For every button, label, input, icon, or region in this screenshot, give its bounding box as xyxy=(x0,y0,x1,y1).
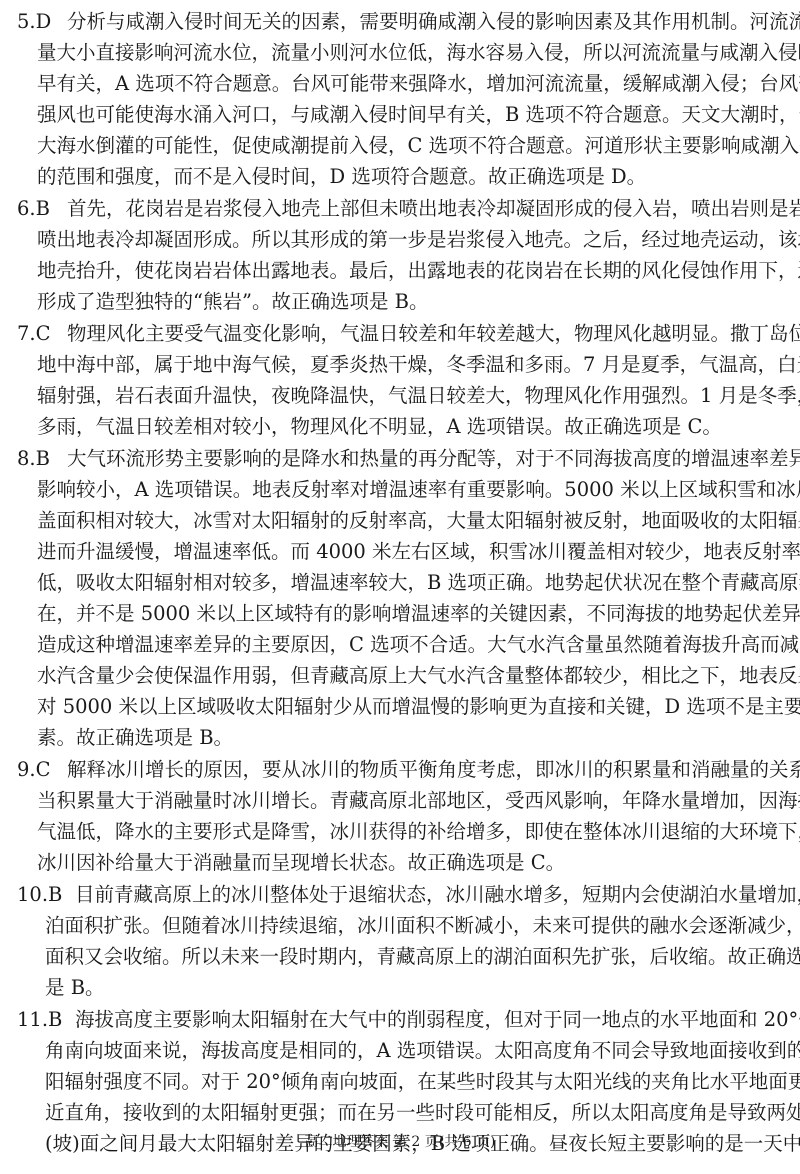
answer-line: 辐射强，岩石表面升温快，夜晚降温快，气温日较差大，物理风化作用强烈。1 月是冬季… xyxy=(37,380,780,411)
answer-line: 泊面积扩张。但随着冰川持续退缩，冰川面积不断减小，未来可提供的融水会逐渐减少，湖… xyxy=(45,910,780,941)
answer-number: 11.B xyxy=(17,1004,75,1035)
answer-line: 盖面积相对较大，冰雪对太阳辐射的反射率高，大量太阳辐射被反射，地面吸收的太阳辐射… xyxy=(37,505,780,536)
answer-line: 的范围和强度，而不是入侵时间，D 选项符合题意。故正确选项是 D。 xyxy=(37,161,780,192)
answer-line: 在，并不是 5000 米以上区域特有的影响增温速率的关键因素，不同海拔的地势起伏… xyxy=(37,598,780,629)
answer-line: 阳辐射强度不同。对于 20°倾角南向坡面，在某些时段其与太阳光线的夹角比水平地面… xyxy=(45,1066,780,1097)
answer-line: 强风也可能使海水涌入河口，与咸潮入侵时间早有关，B 选项不符合题意。天文大潮时，… xyxy=(37,99,780,130)
answer-number: 8.B xyxy=(17,443,67,474)
answer-line: 是 B。 xyxy=(45,972,780,1003)
answer-line: 角南向坡面来说，海拔高度是相同的，A 选项错误。太阳高度角不同会导致地面接收到的… xyxy=(45,1035,780,1066)
answer-number: 9.C xyxy=(17,754,67,785)
answer-line: 8.B大气环流形势主要影响的是降水和热量的再分配等，对于不同海拔高度的增温速率差… xyxy=(17,443,780,474)
answer-line: 当积累量大于消融量时冰川增长。青藏高原北部地区，受西风影响，年降水量增加，因海拔… xyxy=(37,785,780,816)
answer-line: 多雨，气温日较差相对较小，物理风化不明显，A 选项错误。故正确选项是 C。 xyxy=(37,411,780,442)
answer-line: 进而升温缓慢，增温速率低。而 4000 米左右区域，积雪冰川覆盖相对较少，地表反… xyxy=(37,536,780,567)
answer-line: 气温低，降水的主要形式是降雪，冰川获得的补给增多，即使在整体冰川退缩的大环境下，… xyxy=(37,816,780,847)
answer-line: 5.D分析与咸潮入侵时间无关的因素，需要明确咸潮入侵的影响因素及其作用机制。河流… xyxy=(17,6,780,37)
answer-number: 10.B xyxy=(17,879,75,910)
answer-line: 面积又会收缩。所以未来一段时期内，青藏高原上的湖泊面积先扩张，后收缩。故正确选项 xyxy=(45,941,780,972)
answer-number: 5.D xyxy=(17,6,67,37)
answer-line: 7.C物理风化主要受气温变化影响，气温日较差和年较差越大，物理风化越明显。撒丁岛… xyxy=(17,318,780,349)
answer-line: 11.B海拔高度主要影响太阳辐射在大气中的削弱程度，但对于同一地点的水平地面和 … xyxy=(17,1004,780,1035)
answer-line: 造成这种增温速率差异的主要原因，C 选项不合适。大气水汽含量虽然随着海拔升高而减… xyxy=(37,629,780,660)
answer-line: 大海水倒灌的可能性，促使咸潮提前入侵，C 选项不符合题意。河道形状主要影响咸潮入… xyxy=(37,130,780,161)
answer-line: 影响较小，A 选项错误。地表反射率对增温速率有重要影响。5000 米以上区域积雪… xyxy=(37,474,780,505)
answer-line: 6.B首先，花岗岩是岩浆侵入地壳上部但未喷出地表冷却凝固形成的侵入岩，喷出岩则是… xyxy=(17,193,780,224)
answer-line: 10.B目前青藏高原上的冰川整体处于退缩状态，冰川融水增多，短期内会使湖泊水量增… xyxy=(17,879,780,910)
answer-number: 7.C xyxy=(17,318,67,349)
answer-line: 近直角，接收到的太阳辐射更强；而在另一些时段可能相反，所以太阳高度角是导致两处地 xyxy=(45,1097,780,1128)
answer-line: 地中海中部，属于地中海气候，夏季炎热干燥，冬季温和多雨。7 月是夏季，气温高，白… xyxy=(37,349,780,380)
answer-line: 素。故正确选项是 B。 xyxy=(37,722,780,753)
answer-line: 地壳抬升，使花岗岩岩体出露地表。最后，出露地表的花岗岩在长期的风化侵蚀作用下，逐… xyxy=(37,255,780,286)
answer-line: 低，吸收太阳辐射相对较多，增温速率较大，B 选项正确。地势起伏状况在整个青藏高原… xyxy=(37,567,780,598)
page-footer: 高二地理答案 第 2 页(共 6 页) xyxy=(0,1130,800,1154)
answer-line: 9.C解释冰川增长的原因，要从冰川的物质平衡角度考虑，即冰川的积累量和消融量的关… xyxy=(17,754,780,785)
answer-line: 喷出地表冷却凝固形成。所以其形成的第一步是岩浆侵入地壳。之后，经过地壳运动，该地… xyxy=(37,224,780,255)
answer-line: 形成了造型独特的“熊岩”。故正确选项是 B。 xyxy=(37,286,780,317)
answer-line: 水汽含量少会使保温作用弱，但青藏高原上大气水汽含量整体都较少，相比之下，地表反射… xyxy=(37,660,780,691)
answer-line: 早有关，A 选项不符合题意。台风可能带来强降水，增加河流流量，缓解咸潮入侵；台风… xyxy=(37,68,780,99)
answer-number: 6.B xyxy=(17,193,67,224)
answer-line: 量大小直接影响河流水位，流量小则河水位低，海水容易入侵，所以河流流量与咸潮入侵时… xyxy=(37,37,780,68)
answer-line: 冰川因补给量大于消融量而呈现增长状态。故正确选项是 C。 xyxy=(37,847,780,878)
answer-line: 对 5000 米以上区域吸收太阳辐射少从而增温慢的影响更为直接和关键，D 选项不… xyxy=(37,691,780,722)
